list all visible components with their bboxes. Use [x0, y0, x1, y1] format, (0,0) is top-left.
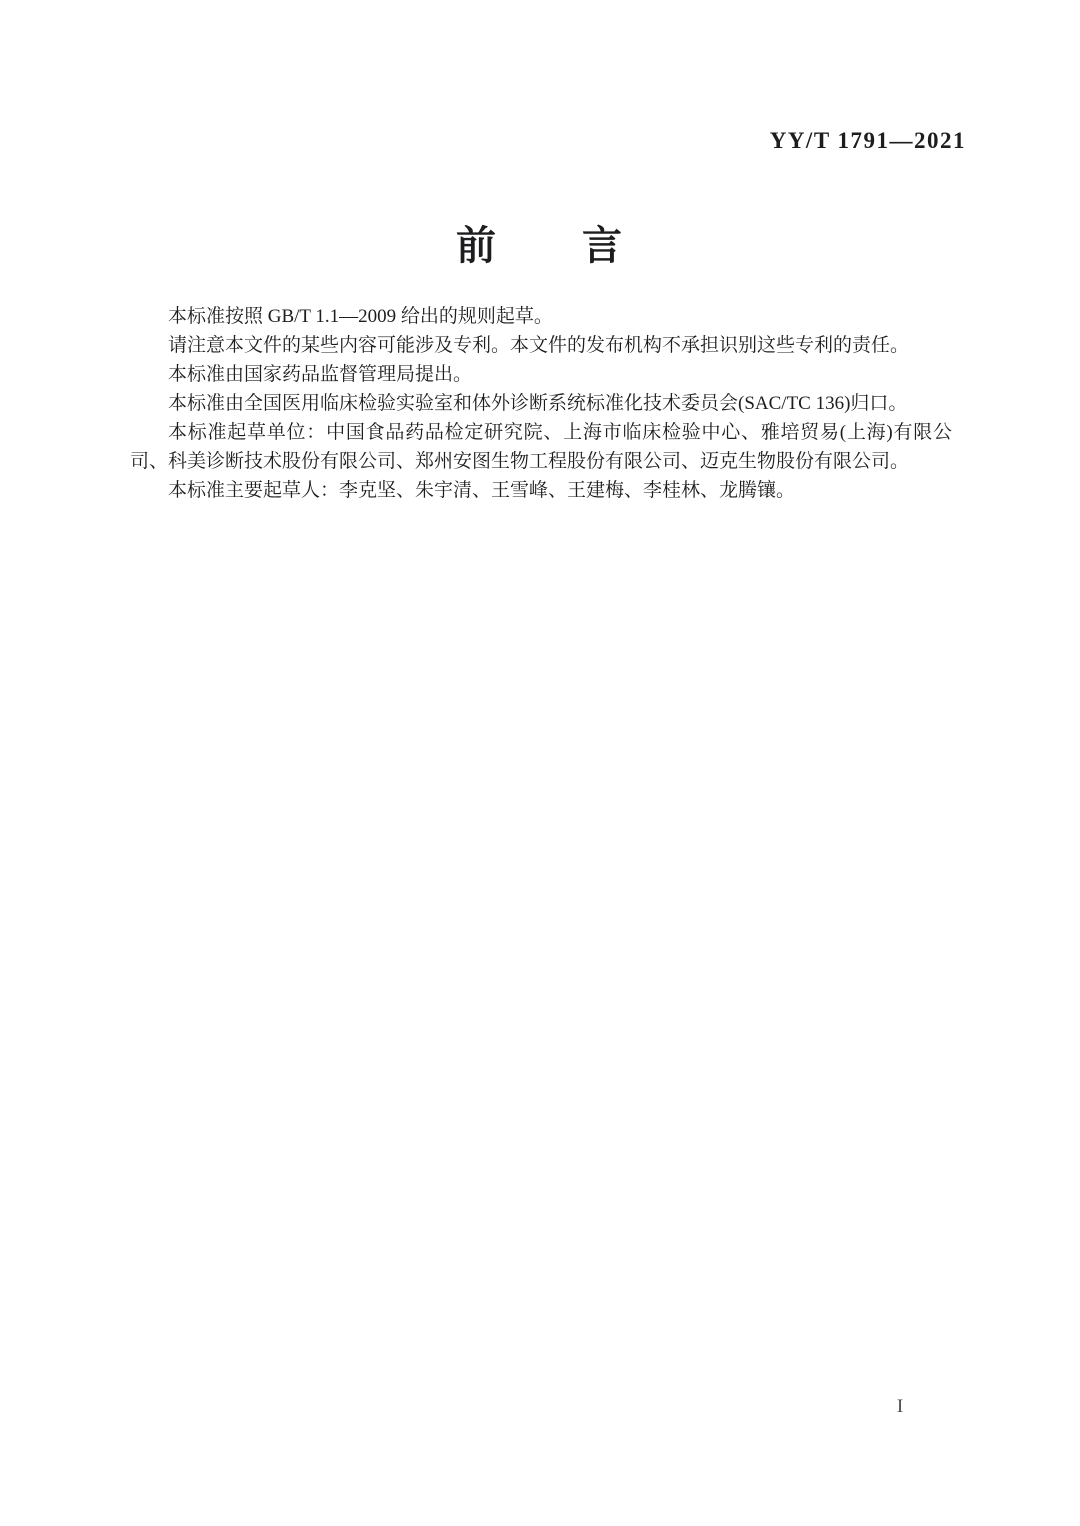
foreword-body: 本标准按照 GB/T 1.1—2009 给出的规则起草。 请注意本文件的某些内容…: [130, 302, 952, 505]
paragraph-under-jurisdiction: 本标准由全国医用临床检验实验室和体外诊断系统标准化技术委员会(SAC/TC 13…: [130, 389, 952, 418]
paragraph-proposed-by: 本标准由国家药品监督管理局提出。: [130, 360, 952, 389]
standard-number: YY/T 1791—2021: [770, 128, 966, 154]
document-page: YY/T 1791—2021 前 言 本标准按照 GB/T 1.1—2009 给…: [0, 0, 1080, 1526]
paragraph-drafting-rules: 本标准按照 GB/T 1.1—2009 给出的规则起草。: [130, 302, 952, 331]
paragraph-drafting-organizations: 本标准起草单位：中国食品药品检定研究院、上海市临床检验中心、雅培贸易(上海)有限…: [130, 418, 952, 476]
page-title: 前 言: [0, 214, 1080, 271]
paragraph-main-drafters: 本标准主要起草人：李克坚、朱宇清、王雪峰、王建梅、李桂林、龙腾镶。: [130, 476, 952, 505]
paragraph-patent-notice: 请注意本文件的某些内容可能涉及专利。本文件的发布机构不承担识别这些专利的责任。: [130, 331, 952, 360]
page-number: I: [0, 1396, 1080, 1418]
